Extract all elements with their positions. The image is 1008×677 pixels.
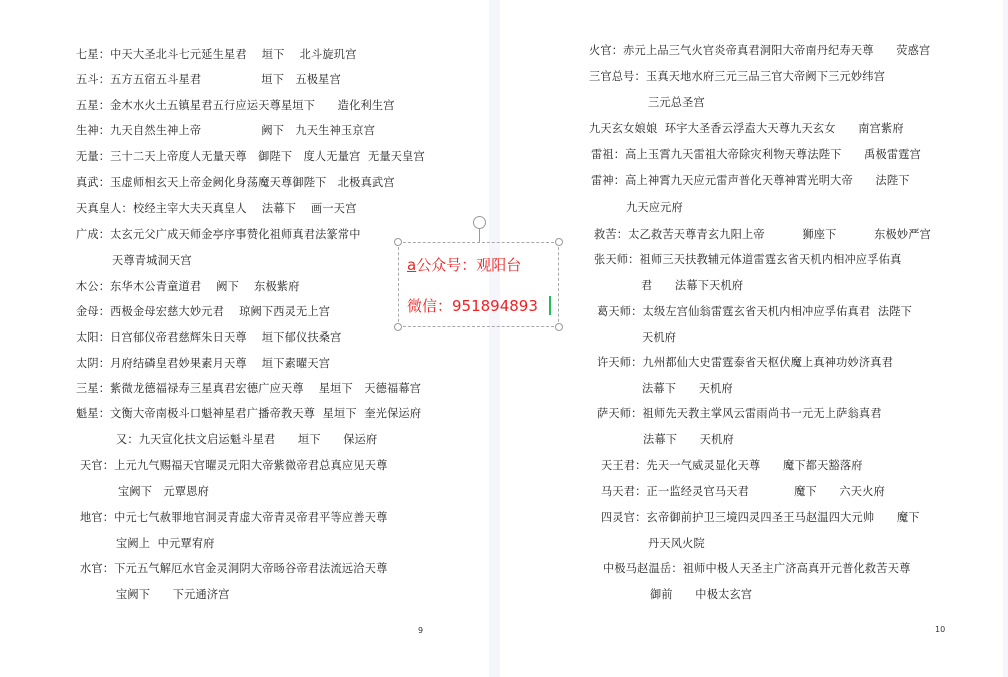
text-line: 马天君：正一监经灵官马天君 魔下 六天火府 xyxy=(601,485,885,499)
text-line: 九天应元府 xyxy=(626,201,683,215)
rotate-handle[interactable] xyxy=(473,216,486,229)
textbox-line-1[interactable]: a公众号：观阳台 xyxy=(407,254,521,275)
text-line: 丹天风火院 xyxy=(648,537,705,551)
text-line: 三官总号：玉真天地水府三元三品三官大帝阙下三元妙纬宫 xyxy=(589,70,885,84)
text-line: 又：九天宣化扶文启运魁斗星君 垣下 保运府 xyxy=(116,433,377,447)
text-line: 御前 中极太玄宫 xyxy=(650,588,752,602)
text-line: 太阴：月府结磷皇君妙果素月天尊 垣下素曜天宫 xyxy=(76,357,330,371)
text-line: 雷神：高上神霄九天应元雷声普化天尊神霄光明大帝 法陛下 xyxy=(591,174,910,188)
text-line: 许天师：九州都仙大史雷霆泰省天枢伏魔上真神功妙济真君 xyxy=(597,356,893,370)
text-line: 宝阙上 中元覃宥府 xyxy=(116,537,215,551)
text-line: 天官：上元九气赐福天官曜灵元阳大帝紫微帝君总真应见天尊 xyxy=(80,459,387,473)
text-line: 火官：赤元上品三气火官炎帝真君洞阳大帝南丹纪寿天尊 荧惑宫 xyxy=(589,44,930,58)
text-line: 真武：玉虚师相玄天上帝金阙化身荡魔天尊御陛下 北极真武宫 xyxy=(76,176,395,190)
text-line: 生神：九天自然生神上帝 阙下 九天生神玉京宫 xyxy=(76,124,375,138)
text-line: 法幕下 天机府 xyxy=(643,433,734,447)
text-line: 三元总圣宫 xyxy=(648,96,705,110)
resize-handle-bottom-left[interactable] xyxy=(394,323,402,331)
text-line: 太阳：日宫郁仪帝君慈辉朱日天尊 垣下郁仪扶桑宫 xyxy=(76,331,342,345)
text-line: 葛天师：太级左宫仙翁雷霆玄省天机内相冲应孚佑真君 法陛下 xyxy=(597,305,912,319)
text-line: 木公：东华木公青童道君 阙下 东极紫府 xyxy=(76,280,300,294)
text-line: 无量：三十二天上帝度人无量天尊 御陛下 度人无量宫 无量天皇宫 xyxy=(76,150,425,164)
text-line: 水官：下元五气解厄水官金灵洞阴大帝旸谷帝君法流远洽天尊 xyxy=(80,562,387,576)
text-line: 金母：西极金母宏慈大妙元君 琼阙下西灵无上宫 xyxy=(76,305,330,319)
page-number-10: 10 xyxy=(935,625,945,634)
rotate-handle-stem xyxy=(479,228,480,242)
text-line: 天王君：先天一气威灵显化天尊 魔下都天豁落府 xyxy=(601,459,863,473)
page-gap xyxy=(489,0,500,677)
text-line: 地官：中元七气赦罪地官洞灵青虚大帝青灵帝君平等应善天尊 xyxy=(80,511,387,525)
text-line: 君 法幕下天机府 xyxy=(641,279,743,293)
text-line: 宝阙下 元覃恩府 xyxy=(118,485,209,499)
text-line: 天真皇人：校经主宰大夫天真皇人 法幕下 画一天宫 xyxy=(76,202,357,216)
text-line: 救苦：太乙救苦天尊青玄九阳上帝 狮座下 东极妙严宫 xyxy=(594,228,931,242)
text-line: 七星：中天大圣北斗七元延生星君 垣下 北斗旋玑宫 xyxy=(76,48,357,62)
resize-handle-bottom-right[interactable] xyxy=(555,323,563,331)
text-line: 雷祖：高上玉霄九天雷祖大帝除灾利物天尊法陛下 禹极雷霆宫 xyxy=(591,148,921,162)
text-line: 萨天师：祖师先天教主掌风云雷雨尚书一元无上萨翁真君 xyxy=(597,407,882,421)
resize-handle-top-left[interactable] xyxy=(394,238,402,246)
text-line: 广成：太玄元父广成天师金亭序事赞化祖师真君法篆常中 xyxy=(76,228,361,242)
selected-text-box[interactable]: a公众号：观阳台 微信：951894893 xyxy=(398,242,559,327)
viewer-edge xyxy=(1003,0,1008,677)
page-number-9: 9 xyxy=(418,626,423,635)
textbox-line-2[interactable]: 微信：951894893 xyxy=(407,295,538,316)
text-line: 三星：紫微龙德福禄寿三星真君宏德广应天尊 星垣下 天德福幕宫 xyxy=(76,382,421,396)
text-line: 天尊青城洞天宫 xyxy=(112,254,192,268)
text-line: 天机府 xyxy=(642,331,676,345)
text-line: 法幕下 天机府 xyxy=(642,382,733,396)
text-line: 四灵官：玄帝御前护卫三境四灵四圣王马赵温四大元帅 魔下 xyxy=(601,511,920,525)
text-line: 魁星：文衡大帝南极斗口魁神星君广播帝教天尊 星垣下 奎光保运府 xyxy=(76,407,421,421)
text-caret xyxy=(549,296,551,315)
textbox-line-1-text: 公众号：观阳台 xyxy=(416,256,521,274)
text-line: 中极马赵温岳：祖师中极人天圣主广济高真开元普化救苦天尊 xyxy=(603,562,910,576)
textbox-line-1-prefix: a xyxy=(407,256,416,274)
text-line: 九天玄女娘娘 环宇大圣香云浮盍大天尊九天玄女 南宫紫府 xyxy=(589,122,904,136)
text-line: 张天师：祖师三天扶教辅元体道雷霆玄省天机内相冲应孚佑真 xyxy=(594,253,901,267)
text-line: 宝阙下 下元通济宫 xyxy=(116,588,230,602)
text-line: 五斗：五方五宿五斗星君 垣下 五极星宫 xyxy=(76,73,341,87)
resize-handle-top-right[interactable] xyxy=(555,238,563,246)
text-line: 五星：金木水火土五镇星君五行应运天尊星垣下 造化利生宫 xyxy=(76,99,395,113)
